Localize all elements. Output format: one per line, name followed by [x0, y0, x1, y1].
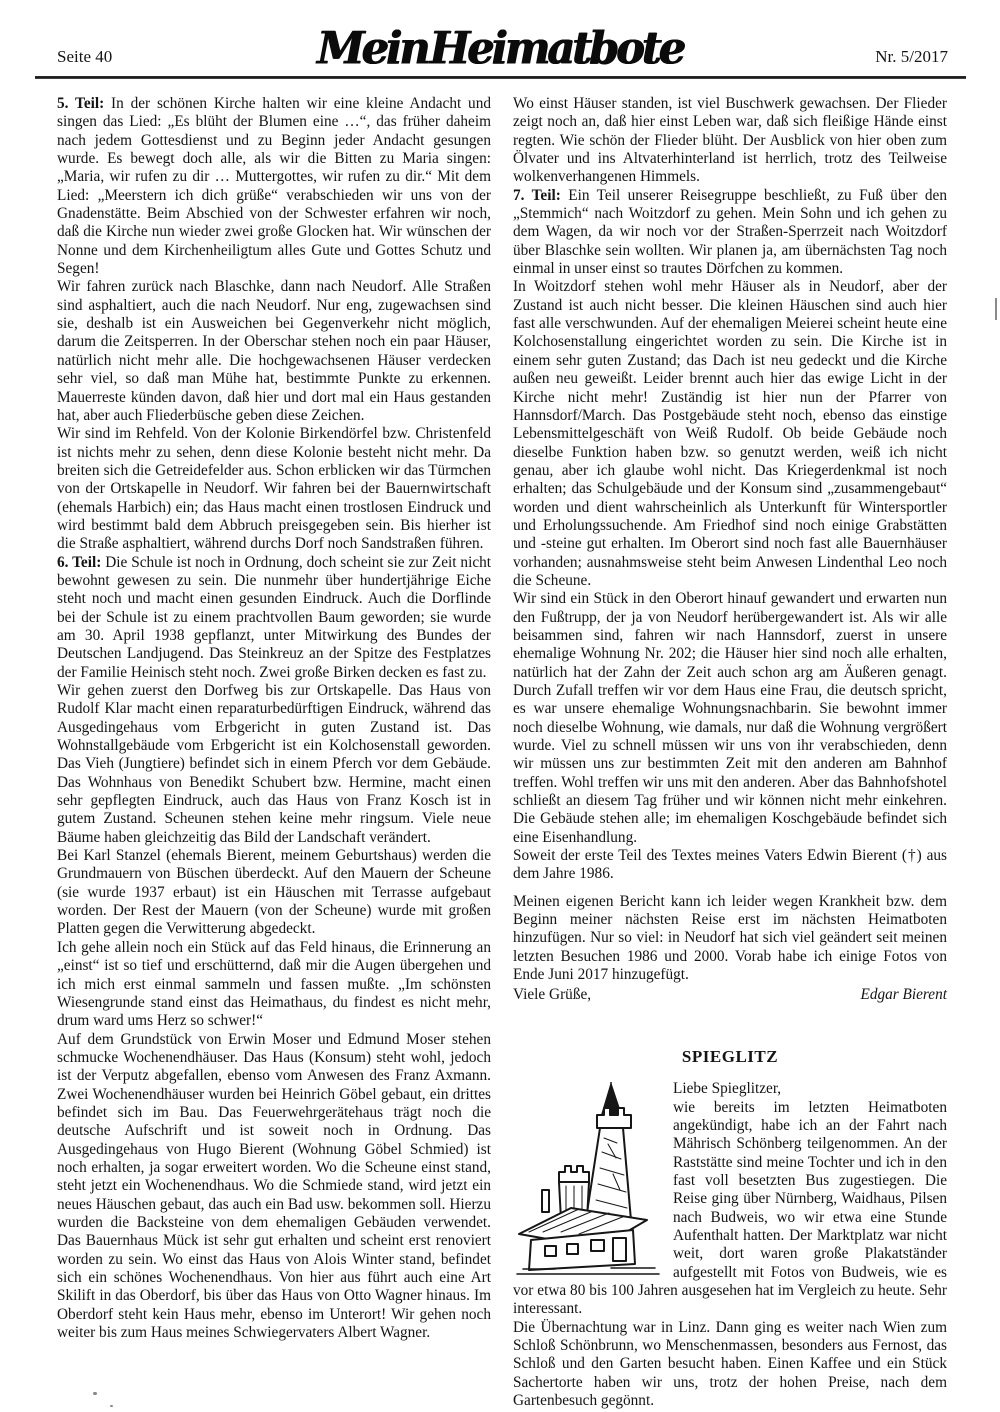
paragraph-lead: 5. Teil:: [57, 95, 111, 112]
spieglitz-section: SPIEGLITZ: [513, 1048, 947, 1411]
body-paragraph: 5. Teil: In der schönen Kirche halten wi…: [57, 95, 491, 278]
body-paragraph: Wo einst Häuser standen, ist viel Buschw…: [513, 95, 947, 187]
newsletter-page: Seite 40 Mein Heimatbote Nr. 5/2017 5. T…: [0, 0, 1000, 1412]
right-column: Wo einst Häuser standen, ist viel Buschw…: [513, 95, 947, 1410]
two-column-text-area: 5. Teil: In der schönen Kirche halten wi…: [57, 95, 947, 1410]
signature-author: Edgar Bierent: [860, 986, 947, 1004]
body-paragraph: 7. Teil: Ein Teil unserer Reisegruppe be…: [513, 187, 947, 279]
body-paragraph: Ich gehe allein noch ein Stück auf das F…: [57, 939, 491, 1031]
body-paragraph: Die Übernachtung war in Linz. Dann ging …: [513, 1319, 947, 1411]
body-paragraph: Auf dem Grundstück von Erwin Moser und E…: [57, 1031, 491, 1343]
body-paragraph: Wir sind ein Stück in den Oberort hinauf…: [513, 590, 947, 847]
paragraph-lead: 7. Teil:: [513, 187, 568, 204]
spieglitz-heading: SPIEGLITZ: [513, 1048, 947, 1066]
scan-artifact: [93, 1392, 97, 1395]
right-column-paragraphs: Wo einst Häuser standen, ist viel Buschw…: [513, 95, 947, 985]
page-header: Seite 40 Mein Heimatbote Nr. 5/2017: [0, 0, 1000, 96]
issue-number-label: Nr. 5/2017: [875, 47, 948, 67]
body-paragraph: Meinen eigenen Bericht kann ich leider w…: [513, 893, 947, 985]
left-column: 5. Teil: In der schönen Kirche halten wi…: [57, 95, 491, 1410]
tower-illustration: [513, 1082, 665, 1278]
signature-closing: Viele Grüße,: [513, 986, 591, 1004]
body-paragraph: Soweit der erste Teil des Textes meines …: [513, 847, 947, 884]
body-paragraph: Bei Karl Stanzel (ehemals Bierent, meine…: [57, 847, 491, 939]
body-paragraph: Wir gehen zuerst den Dorfweg bis zur Ort…: [57, 682, 491, 847]
paragraph-lead: 6. Teil:: [57, 554, 105, 571]
masthead-logo: Mein Heimatbote: [0, 23, 1000, 75]
signature-row: Viele Grüße, Edgar Bierent: [513, 986, 947, 1004]
body-paragraph: Wir sind im Rehfeld. Von der Kolonie Bir…: [57, 425, 491, 553]
scan-artifact: [995, 298, 997, 320]
header-divider: [35, 76, 966, 79]
body-paragraph: Wir fahren zurück nach Blaschke, dann na…: [57, 278, 491, 425]
body-paragraph: 6. Teil: Die Schule ist noch in Ordnung,…: [57, 554, 491, 682]
body-paragraph: In Woitzdorf stehen wohl mehr Häuser als…: [513, 278, 947, 590]
scan-artifact: [110, 1405, 113, 1407]
